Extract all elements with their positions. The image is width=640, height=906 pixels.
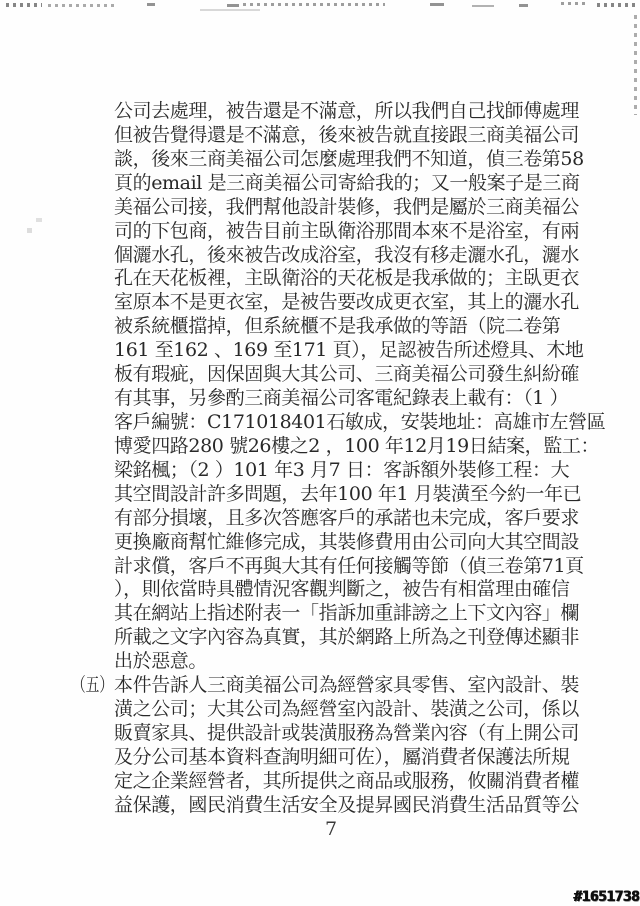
line-text: 更換廠商幫忙維修完成，其裝修費用由公司向大其空間設 bbox=[114, 531, 579, 553]
line-text: 有其事，另參酌三商美福公司客電紀錄表上載有：（1 ） bbox=[114, 387, 568, 409]
text-line: 美福公司接，我們幫他設計裝修，我們是屬於三商美福公 bbox=[114, 196, 584, 220]
line-text: 出於惡意。 bbox=[114, 650, 207, 672]
text-line: 定之企業經營者，其所提供之商品或服務，攸關消費者權 bbox=[114, 770, 584, 794]
line-text: 室原本不是更衣室，是被告要改成更衣室，其上的灑水孔 bbox=[114, 291, 579, 313]
line-text: 頁的email 是三商美福公司寄給我的；又一般案子是三商 bbox=[114, 172, 580, 194]
line-text: 板有瑕疵，因保固與大其公司、三商美福公司發生糾紛確 bbox=[114, 363, 579, 385]
line-text: 本件告訴人三商美福公司為經營家具零售、室內設計、裝 bbox=[114, 674, 579, 696]
text-line: 頁的email 是三商美福公司寄給我的；又一般案子是三商 bbox=[114, 172, 584, 196]
text-line: 益保護，國民消費生活安全及提昇國民消費生活品質等公 bbox=[114, 794, 584, 818]
line-text: 客戶編號：C171018401石敏成，安裝地址：高雄市左營區 bbox=[114, 411, 605, 433]
scan-artifact bbox=[227, 4, 239, 7]
line-text: 被系統櫃擋掉，但系統櫃不是我承做的等語（院二卷第 bbox=[114, 315, 560, 337]
line-text: 司的下包商，被告目前主臥衛浴那間本來不是浴室，有兩 bbox=[114, 220, 579, 242]
line-text: 孔在天花板裡，主臥衛浴的天花板是我承做的；主臥更衣 bbox=[114, 267, 579, 289]
text-line: 博愛四路280 號26樓之2 ，100 年12月19日結案，監工： bbox=[114, 435, 584, 459]
text-line: 個灑水孔，後來被告改成浴室，我沒有移走灑水孔，灑水 bbox=[114, 244, 584, 268]
scan-artifact bbox=[634, 15, 637, 115]
page-number: 7 bbox=[0, 817, 640, 841]
text-line: 板有瑕疵，因保固與大其公司、三商美福公司發生糾紛確 bbox=[114, 363, 584, 387]
line-text: 有部分損壞，且多次答應客戶的承諾也未完成，客戶要求 bbox=[114, 507, 579, 529]
text-line: 客戶編號：C171018401石敏成，安裝地址：高雄市左營區 bbox=[114, 411, 584, 435]
text-line: 及分公司基本資料查詢明細可佐），屬消費者保護法所規 bbox=[114, 746, 584, 770]
line-text: 美福公司接，我們幫他設計裝修，我們是屬於三商美福公 bbox=[114, 196, 579, 218]
scan-artifact bbox=[200, 9, 260, 11]
text-line: 有部分損壞，且多次答應客戶的承諾也未完成，客戶要求 bbox=[114, 507, 584, 531]
line-text: 談，後來三商美福公司怎麼處理我們不知道，偵三卷第58 bbox=[114, 148, 584, 170]
line-text: 但被告覺得還是不滿意，後來被告就直接跟三商美福公司 bbox=[114, 124, 579, 146]
line-text: 及分公司基本資料查詢明細可佐），屬消費者保護法所規 bbox=[114, 746, 570, 768]
text-line: 更換廠商幫忙維修完成，其裝修費用由公司向大其空間設 bbox=[114, 531, 584, 555]
line-text: 定之企業經營者，其所提供之商品或服務，攸關消費者權 bbox=[114, 770, 579, 792]
text-line: 但被告覺得還是不滿意，後來被告就直接跟三商美福公司 bbox=[114, 124, 584, 148]
text-line: 計求償，客戶不再與大其有任何接觸等節（偵三卷第71頁 bbox=[114, 555, 584, 579]
line-text: 個灑水孔，後來被告改成浴室，我沒有移走灑水孔，灑水 bbox=[114, 244, 579, 266]
text-line: 其在網站上指述附表一「指訴加重誹謗之上下文內容」欄 bbox=[114, 602, 584, 626]
text-line: 公司去處理，被告還是不滿意，所以我們自己找師傅處理 bbox=[114, 100, 584, 124]
line-text: 所載之文字內容為真實，其於網路上所為之刊登傳述顯非 bbox=[114, 626, 579, 648]
line-text: 公司去處理，被告還是不滿意，所以我們自己找師傅處理 bbox=[114, 100, 579, 122]
text-line: 孔在天花板裡，主臥衛浴的天花板是我承做的；主臥更衣 bbox=[114, 267, 584, 291]
line-text: 益保護，國民消費生活安全及提昇國民消費生活品質等公 bbox=[114, 794, 579, 816]
text-line: 其空間設計許多問題，去年100 年1 月裝潢至今約一年已 bbox=[114, 483, 584, 507]
text-line: 出於惡意。 bbox=[114, 650, 584, 674]
scan-artifact bbox=[597, 3, 635, 7]
text-line: 司的下包商，被告目前主臥衛浴那間本來不是浴室，有兩 bbox=[114, 220, 584, 244]
watermark-id: #1651738 bbox=[573, 889, 639, 905]
text-line: 販賣家具、提供設計或裝潢服務為營業內容（有上開公司 bbox=[114, 722, 584, 746]
scan-artifact bbox=[430, 3, 444, 6]
scan-artifact bbox=[36, 218, 42, 222]
text-line: 梁銘楓；（2 ）101 年3 月7 日：客訴額外裝修工程：大 bbox=[114, 459, 584, 483]
list-item-marker: （五） bbox=[72, 674, 113, 698]
line-text: 其空間設計許多問題，去年100 年1 月裝潢至今約一年已 bbox=[114, 483, 581, 505]
line-text: 161 至162 、169 至171 頁），足認被告所述燈具、木地 bbox=[114, 339, 584, 361]
scan-artifact bbox=[243, 3, 385, 6]
text-line: 潢之公司；大其公司為經營室內設計、裝潢之公司，係以 bbox=[114, 698, 584, 722]
scan-artifact bbox=[147, 3, 155, 6]
scan-artifact bbox=[27, 228, 32, 233]
scan-artifact bbox=[519, 4, 528, 7]
line-text: 博愛四路280 號26樓之2 ，100 年12月19日結案，監工： bbox=[114, 435, 599, 457]
text-line: 161 至162 、169 至171 頁），足認被告所述燈具、木地 bbox=[114, 339, 584, 363]
line-text: ），則依當時具體情況客觀判斷之，被告有相當理由確信 bbox=[114, 578, 570, 600]
line-text: 潢之公司；大其公司為經營室內設計、裝潢之公司，係以 bbox=[114, 698, 579, 720]
text-line: ），則依當時具體情況客觀判斷之，被告有相當理由確信 bbox=[114, 578, 584, 602]
scan-artifact bbox=[48, 4, 118, 7]
document-page: 公司去處理，被告還是不滿意，所以我們自己找師傅處理但被告覺得還是不滿意，後來被告… bbox=[0, 0, 640, 906]
body-text: 公司去處理，被告還是不滿意，所以我們自己找師傅處理但被告覺得還是不滿意，後來被告… bbox=[114, 100, 584, 818]
text-line: 有其事，另參酌三商美福公司客電紀錄表上載有：（1 ） bbox=[114, 387, 584, 411]
text-line: 談，後來三商美福公司怎麼處理我們不知道，偵三卷第58 bbox=[114, 148, 584, 172]
text-line: （五）本件告訴人三商美福公司為經營家具零售、室內設計、裝 bbox=[114, 674, 584, 698]
text-line: 所載之文字內容為真實，其於網路上所為之刊登傳述顯非 bbox=[114, 626, 584, 650]
text-line: 室原本不是更衣室，是被告要改成更衣室，其上的灑水孔 bbox=[114, 291, 584, 315]
line-text: 其在網站上指述附表一「指訴加重誹謗之上下文內容」欄 bbox=[114, 602, 579, 624]
line-text: 梁銘楓；（2 ）101 年3 月7 日：客訴額外裝修工程：大 bbox=[114, 459, 569, 481]
scan-artifact bbox=[472, 5, 494, 7]
scan-artifact bbox=[561, 2, 587, 5]
scan-artifact bbox=[6, 3, 42, 7]
line-text: 販賣家具、提供設計或裝潢服務為營業內容（有上開公司 bbox=[114, 722, 579, 744]
text-line: 被系統櫃擋掉，但系統櫃不是我承做的等語（院二卷第 bbox=[114, 315, 584, 339]
line-text: 計求償，客戶不再與大其有任何接觸等節（偵三卷第71頁 bbox=[114, 555, 584, 577]
